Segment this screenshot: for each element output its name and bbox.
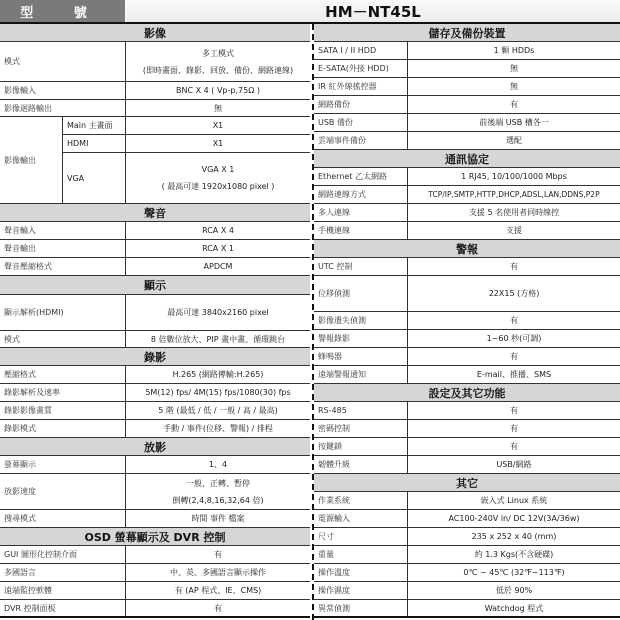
spec-value-line: 倒轉(2,4,8,16,32,64 倍) [172,492,263,509]
spec-label: 影像遺失偵測 [314,312,407,329]
spec-row: 異常偵測 Watchdog 程式 [314,600,620,618]
spec-value: 有 [407,438,620,455]
spec-label: 錄影解析及速率 [0,384,125,401]
spec-value: 有 [407,312,620,329]
spec-row: 聲音輸入 RCA X 4 [0,222,310,240]
spec-row: 手機連線 支援 [314,222,620,240]
spec-label: 雲端事件備份 [314,132,407,149]
section-network: 通訊協定 [314,150,620,168]
spec-value: 多工模式 (即時畫面、錄影、回放、備份、網路連線) [125,42,310,81]
spec-value: 一般、正轉、暫停 倒轉(2,4,8,16,32,64 倍) [125,474,310,509]
spec-label: 模式 [0,42,125,81]
spec-value: 手動 / 事件(位移、警報) / 排程 [125,420,310,437]
spec-value: 有 [407,402,620,419]
spec-value: 有 [125,600,310,616]
spec-row: 模式 8 倍數位放大、PIP 畫中畫、循環跳台 [0,331,310,348]
spec-value: 支援 [407,222,620,239]
spec-row: 蜂鳴器 有 [314,348,620,366]
spec-label: 遠端警報通知 [314,366,407,383]
model-number: HM－NT45L [126,0,620,22]
spec-row: 聲音輸出 RCA X 1 [0,240,310,258]
spec-row: 韌體升級 USB/網路 [314,456,620,474]
spec-value: 低於 90% [407,582,620,599]
spec-row: 壓縮格式 H.265 (網路傳輸:H.265) [0,366,310,384]
spec-row: 重量 約 1.3 Kgs(不含硬碟) [314,546,620,564]
spec-row: 影像遺失偵測 有 [314,312,620,330]
spec-value-line: (即時畫面、錄影、回放、備份、網路連線) [143,62,293,79]
spec-value: 時間 事件 檔案 [125,510,310,527]
spec-label: 影像迴路輸出 [0,100,125,116]
spec-row: 聲音壓縮格式 APDCM [0,258,310,276]
spec-value: 前後端 USB 槽各一 [407,114,620,131]
spec-value-line: VGA X 1 [202,161,235,178]
spec-label: 聲音輸入 [0,222,125,239]
spec-label: 尺寸 [314,528,407,545]
spec-value: 235 x 252 x 40 (mm) [407,528,620,545]
spec-label: 模式 [0,331,125,347]
spec-value: AC100-240V in/ DC 12V(3A/36w) [407,510,620,527]
spec-row: GUI 圖形化控制介面 有 [0,546,310,564]
spec-row: E-SATA(外接 HDD) 無 [314,60,620,78]
spec-value: 有 [407,420,620,437]
spec-value: 約 1.3 Kgs(不含硬碟) [407,546,620,563]
spec-label: GUI 圖形化控制介面 [0,546,125,563]
spec-row: UTC 控制 有 [314,258,620,276]
model-label: 型 號 [0,0,125,22]
spec-label: 操作溫度 [314,564,407,581]
spec-value: 最高可達 3840x2160 pixel [125,295,310,330]
spec-value: 選配 [407,132,620,149]
spec-value: H.265 (網路傳輸:H.265) [125,366,310,383]
spec-label: 密碼控制 [314,420,407,437]
section-playback: 放影 [0,438,310,456]
spec-value: VGA X 1 ( 最高可達 1920x1080 pixel ) [125,153,310,203]
spec-value: USB/網路 [407,456,620,473]
spec-value: APDCM [125,258,310,275]
spec-label: 顯示解析(HDMI) [0,295,125,330]
spec-sublabel: VGA [62,153,125,203]
spec-row: 影像輸入 BNC X 4 ( Vp-p,75Ω ) [0,82,310,100]
spec-value: 無 [407,60,620,77]
spec-row: 作業系統 嵌入式 Linux 系統 [314,492,620,510]
spec-label: 錄影模式 [0,420,125,437]
spec-value: 支援 5 名使用者同時線控 [407,204,620,221]
spec-value: X1 [125,117,310,135]
spec-label: 遠端監控軟體 [0,582,125,599]
spec-label: 按鍵鎖 [314,438,407,455]
spec-label: E-SATA(外接 HDD) [314,60,407,77]
spec-value: 22X15 (方格) [407,276,620,311]
spec-label: 位移偵測 [314,276,407,311]
section-storage: 儲存及備份裝置 [314,24,620,42]
spec-value: 8 倍數位放大、PIP 畫中畫、循環跳台 [125,331,310,347]
spec-label: 影像輸出 [0,117,62,203]
spec-value: 1~60 秒(可調) [407,330,620,347]
spec-row: 搜尋模式 時間 事件 檔案 [0,510,310,528]
spec-row: RS-485 有 [314,402,620,420]
spec-label: Ethernet 乙太網路 [314,168,407,185]
spec-label: 搜尋模式 [0,510,125,527]
spec-label: DVR 控制面板 [0,600,125,616]
spec-label: 網路連線方式 [314,186,407,203]
spec-label: 螢幕顯示 [0,456,125,473]
section-record: 錄影 [0,348,310,366]
spec-sublabel: Main 主畫面 [62,117,125,135]
spec-label: 聲音輸出 [0,240,125,257]
spec-label: 壓縮格式 [0,366,125,383]
spec-label: 作業系統 [314,492,407,509]
spec-value: 5M(12) fps/ 4M(15) fps/1080(30) fps [125,384,310,401]
spec-value: 中、英、多國語言顯示操作 [125,564,310,581]
spec-value: TCP/IP,SMTP,HTTP,DHCP,ADSL,LAN,DDNS,P2P [407,186,620,203]
spec-value: E-mail、推播、SMS [407,366,620,383]
spec-label: 異常偵測 [314,600,407,616]
spec-row: 尺寸 235 x 252 x 40 (mm) [314,528,620,546]
spec-value: 0℃ ~ 45℃ (32℉~113℉) [407,564,620,581]
spec-label: 操作濕度 [314,582,407,599]
spec-value: 有 [125,546,310,563]
spec-row: 密碼控制 有 [314,420,620,438]
spec-value-line: ( 最高可達 1920x1080 pixel ) [162,178,275,195]
spec-row: 操作溫度 0℃ ~ 45℃ (32℉~113℉) [314,564,620,582]
spec-row: 位移偵測 22X15 (方格) [314,276,620,312]
spec-label: 韌體升級 [314,456,407,473]
spec-value: RCA X 1 [125,240,310,257]
spec-value: 1 顆 HDDs [407,42,620,59]
spec-label: RS-485 [314,402,407,419]
spec-row: 電源輸入 AC100-240V in/ DC 12V(3A/36w) [314,510,620,528]
spec-row: USB 備份 前後端 USB 槽各一 [314,114,620,132]
model-header: 型 號 HM－NT45L [0,0,620,22]
spec-row: 雲端事件備份 選配 [314,132,620,150]
spec-row: 多人連線 支援 5 名使用者同時線控 [314,204,620,222]
spec-row: Ethernet 乙太網路 1 RJ45, 10/100/1000 Mbps [314,168,620,186]
spec-row: 操作濕度 低於 90% [314,582,620,600]
spec-value: 有 [407,258,620,275]
spec-value: 1、4 [125,456,310,473]
spec-value: 有 [407,96,620,113]
spec-row: 放影速度 一般、正轉、暫停 倒轉(2,4,8,16,32,64 倍) [0,474,310,510]
spec-row: 錄影影像畫質 5 階 (最低 / 低 / 一般 / 高 / 最高) [0,402,310,420]
section-settings: 設定及其它功能 [314,384,620,402]
spec-row-video-output: 影像輸出 Main 主畫面 X1 HDMI X1 VGA VGA X 1 ( 最… [0,117,310,204]
spec-row: 網路備份 有 [314,96,620,114]
spec-value-line: 一般、正轉、暫停 [186,475,250,492]
spec-label: USB 備份 [314,114,407,131]
spec-row: 錄影解析及速率 5M(12) fps/ 4M(15) fps/1080(30) … [0,384,310,402]
section-audio: 聲音 [0,204,310,222]
spec-value: RCA X 4 [125,222,310,239]
spec-value: 無 [125,100,310,116]
spec-row: DVR 控制面板 有 [0,600,310,618]
spec-label: 電源輸入 [314,510,407,527]
spec-value: 無 [407,78,620,95]
spec-row: 遠端監控軟體 有 (AP 程式、IE、CMS) [0,582,310,600]
section-osd: OSD 螢幕顯示及 DVR 控制 [0,528,310,546]
spec-sublabel: HDMI [62,135,125,153]
section-other: 其它 [314,474,620,492]
spec-label: UTC 控制 [314,258,407,275]
spec-value-line: 多工模式 [202,45,234,62]
section-alarm: 警報 [314,240,620,258]
spec-value: 有 [407,348,620,365]
spec-row: SATA I / II HDD 1 顆 HDDs [314,42,620,60]
spec-row: 錄影模式 手動 / 事件(位移、警報) / 排程 [0,420,310,438]
spec-value: 嵌入式 Linux 系統 [407,492,620,509]
spec-value: 有 (AP 程式、IE、CMS) [125,582,310,599]
spec-label: 手機連線 [314,222,407,239]
spec-row: 多國語言 中、英、多國語言顯示操作 [0,564,310,582]
spec-label: 警報錄影 [314,330,407,347]
spec-value: 1 RJ45, 10/100/1000 Mbps [407,168,620,185]
spec-value: 5 階 (最低 / 低 / 一般 / 高 / 最高) [125,402,310,419]
spec-row: 警報錄影 1~60 秒(可調) [314,330,620,348]
spec-row: 模式 多工模式 (即時畫面、錄影、回放、備份、網路連線) [0,42,310,82]
spec-label: 多人連線 [314,204,407,221]
spec-row: 顯示解析(HDMI) 最高可達 3840x2160 pixel [0,295,310,331]
section-display: 顯示 [0,276,310,295]
spec-label: 蜂鳴器 [314,348,407,365]
spec-label: 聲音壓縮格式 [0,258,125,275]
spec-label: SATA I / II HDD [314,42,407,59]
spec-label: 多國語言 [0,564,125,581]
spec-row: IR 紅外線搖控器 無 [314,78,620,96]
spec-value: Watchdog 程式 [407,600,620,616]
spec-label: 影像輸入 [0,82,125,99]
section-video: 影像 [0,24,310,42]
spec-label: 重量 [314,546,407,563]
spec-value: BNC X 4 ( Vp-p,75Ω ) [125,82,310,99]
spec-row: 遠端警報通知 E-mail、推播、SMS [314,366,620,384]
spec-row: 螢幕顯示 1、4 [0,456,310,474]
spec-row: 網路連線方式 TCP/IP,SMTP,HTTP,DHCP,ADSL,LAN,DD… [314,186,620,204]
spec-label: 放影速度 [0,474,125,509]
spec-label: 網路備份 [314,96,407,113]
spec-value: X1 [125,135,310,153]
spec-label: IR 紅外線搖控器 [314,78,407,95]
spec-row: 按鍵鎖 有 [314,438,620,456]
spec-row: 影像迴路輸出 無 [0,100,310,117]
spec-column-right: 儲存及備份裝置 SATA I / II HDD 1 顆 HDDs E-SATA(… [312,24,620,620]
spec-label: 錄影影像畫質 [0,402,125,419]
